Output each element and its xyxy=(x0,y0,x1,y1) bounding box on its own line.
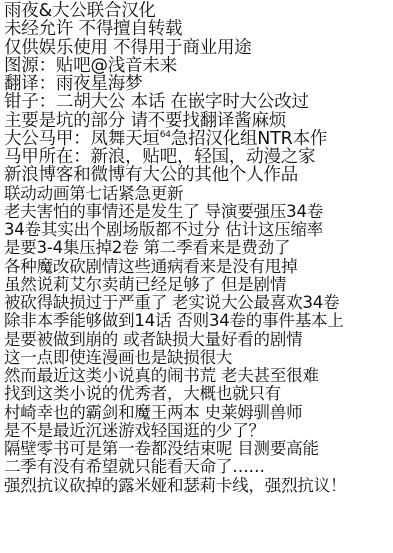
other-works-note: 新浪博客和微博有大公的其他个人作品 xyxy=(4,166,393,184)
alias-suffix: 急招汉化组NTR本作 xyxy=(171,129,327,149)
body-line: 联动动画第七话紧急更新 xyxy=(4,185,393,203)
body-line: 强烈抗议砍掉的露米娅和瑟莉卡线，强烈抗议！ xyxy=(4,477,393,495)
body-line: 老夫害怕的事情还是发生了 导演要强压34卷 xyxy=(4,203,393,221)
group-credit: 雨夜&大公联合汉化 xyxy=(4,2,393,20)
body-line: 被砍得缺损过于严重了 老实说大公最喜欢34卷 xyxy=(4,294,393,312)
alias-prefix: 大公马甲：凤舞天垣 xyxy=(4,129,160,149)
body-line: 是要被做到崩的 或者缺损大量好看的剧情 xyxy=(4,331,393,349)
body-line: 二季有没有希望就只能看天命了…… xyxy=(4,458,393,476)
body-line: 隔壁零书可是第一卷都没结束呢 目测要高能 xyxy=(4,440,393,458)
editor-note: 主要是坑的部分 请不要找翻译酱麻烦 xyxy=(4,112,393,130)
body-line: 是要3-4集压掉2卷 第二季看来是费劲了 xyxy=(4,239,393,257)
editor-credit: 钳子：二胡大公 本话 在嵌字时大公改过 xyxy=(4,93,393,111)
repost-notice: 未经允许 不得擅自转载 xyxy=(4,20,393,38)
image-source-credit: 图源：贴吧@浅音未来 xyxy=(4,57,393,75)
body-line: 是不是最近沉迷游戏轻国逛的少了？ xyxy=(4,422,393,440)
body-line: 虽然说莉艾尔卖萌已经足够了 但是剧情 xyxy=(4,276,393,294)
translator-credit: 翻译：雨夜星海梦 xyxy=(4,75,393,93)
body-line: 这一点即使连漫画也是缺损很大 xyxy=(4,349,393,367)
body-line: 然而最近这类小说真的闹书荒 老夫甚至很难 xyxy=(4,367,393,385)
translation-notes-document: 雨夜&大公联合汉化 未经允许 不得擅自转载 仅供娱乐使用 不得用于商业用途 图源… xyxy=(4,2,393,495)
body-line: 各种魔改砍剧情这些通病看来是没有甩掉 xyxy=(4,258,393,276)
usage-notice: 仅供娱乐使用 不得用于商业用途 xyxy=(4,39,393,57)
alias-superscript: 64 xyxy=(160,130,171,140)
body-line: 找到这类小说的优秀者，大概也就只有 xyxy=(4,385,393,403)
body-line: 除非本季能够做到14话 否则34卷的事件基本上 xyxy=(4,312,393,330)
alias-line: 大公马甲：凤舞天垣64急招汉化组NTR本作 xyxy=(4,130,393,148)
alias-sites: 马甲所在：新浪，贴吧，轻国，动漫之家 xyxy=(4,148,393,166)
body-line: 34卷其实出个剧场版都不过分 估计这压缩率 xyxy=(4,221,393,239)
body-line: 村崎幸也的霸剑和魔王两本 史莱姆驯兽师 xyxy=(4,404,393,422)
